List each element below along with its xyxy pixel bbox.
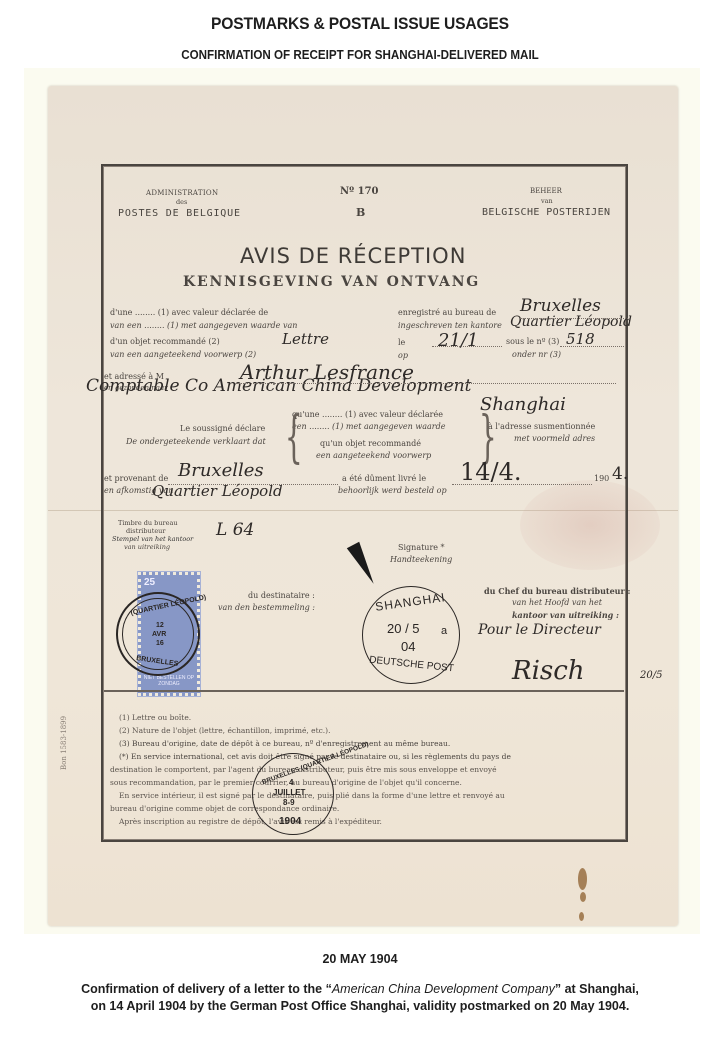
caption-company: American China Development Company [332, 982, 555, 996]
row3-fr-b: qu'un objet recommandé [320, 439, 421, 448]
admin-name-fr: POSTES DE BELGIQUE [118, 208, 241, 219]
chief-label-nl2: kantoor van uitreiking : [512, 610, 619, 620]
caption-line1-pre: Confirmation of delivery of a letter to … [81, 982, 332, 996]
row3-nl-a: een ........ (1) met aangegeven waarde [292, 422, 445, 431]
form-series: B [356, 206, 365, 219]
row1-fr-a: d'une ........ (1) avec valeur déclarée … [110, 308, 268, 317]
chief-date: 20/5 [640, 670, 662, 681]
admin-name-nl: BELGISCHE POSTERIJEN [482, 207, 610, 218]
beheer-van: van [541, 197, 553, 205]
caption-line2: on 14 April 1904 by the German Post Offi… [91, 999, 630, 1013]
bureau-value-1: Bruxelles [520, 296, 601, 316]
stamp-label-nl2: van uitreiking [124, 543, 170, 551]
dotted-line [432, 346, 502, 347]
title-fr: AVIS DE RÉCEPTION [240, 244, 466, 268]
postmark-top: SHANGHAI [374, 590, 446, 614]
arrival-year: 1904 [279, 816, 301, 827]
origin-value-1: Bruxelles [178, 460, 264, 481]
addressee-line2: Comptable Co American China Development [86, 376, 471, 396]
row3-nl-c: met voormeld adres [514, 434, 595, 443]
row3-nl-b: een aangeteekend voorwerp [316, 451, 431, 460]
form-number: Nº 170 [340, 186, 379, 197]
chief-label-nl1: van het Hoofd van het [512, 598, 602, 607]
chief-label-fr: du Chef du bureau distributeur : [484, 586, 630, 596]
divider [104, 690, 624, 692]
stamp-label-nl: Stempel van het kantoor [112, 535, 193, 543]
recipient-label-nl: van den bestemmeling : [218, 603, 315, 612]
postmark-letter: a [441, 625, 447, 637]
caption-line1-post: ” at Shanghai, [555, 982, 639, 996]
footnote-9: Après inscription au registre de dépôt, … [119, 817, 382, 826]
stamp-label-fr2: distributeur [126, 527, 165, 535]
dotted-line [236, 383, 616, 384]
signature-label-nl: Handteekening [390, 555, 452, 564]
page-title: POSTMARKS & POSTAL ISSUE USAGES [29, 14, 691, 34]
object-value: Lettre [282, 330, 329, 348]
row4-fr-b: a été dûment livré le [342, 474, 426, 483]
year-value: 4. [612, 464, 628, 484]
handwritten-code: L 64 [216, 520, 254, 540]
row1-fr-e: sous le nº (3) [506, 337, 559, 346]
row1-nl-e: onder nr (3) [512, 350, 561, 359]
caption-date: 20 MAY 1904 [0, 952, 720, 966]
beheer-label: BEHEER [530, 187, 562, 195]
cancel-date-3: 16 [156, 640, 164, 647]
row3-fr-label: Le soussigné déclare [180, 424, 265, 433]
chief-handwritten: Pour le Directeur [478, 622, 601, 638]
delivered-date: 14/4. [460, 458, 522, 486]
postmark-bottom: DEUTSCHE POST [369, 655, 455, 675]
form-reference: Bon 1583-1899 [60, 716, 68, 770]
arrival-date-1: 4 [289, 778, 293, 787]
year-prefix: 190 [594, 474, 609, 483]
caption: Confirmation of delivery of a letter to … [0, 981, 720, 1015]
cancel-date-2: AVR [152, 631, 166, 638]
ink-stain [580, 892, 586, 902]
page-subtitle: CONFIRMATION OF RECEIPT FOR SHANGHAI-DEL… [25, 48, 695, 62]
bureau-value-2: Quartier Léopold [510, 314, 632, 330]
dotted-line [168, 484, 338, 485]
brace: { [285, 410, 303, 466]
chief-signature: Risch [512, 656, 585, 686]
dotted-line [560, 346, 624, 347]
ink-stain [578, 868, 587, 890]
recipient-label-fr: du destinataire : [248, 591, 315, 600]
arrival-date-3: 8-9 [283, 798, 295, 807]
cancel-date-1: 12 [156, 622, 164, 629]
row1-fr-c: enregistré au bureau de [398, 308, 496, 317]
footnote-1: (1) Lettre ou boîte. [119, 713, 191, 722]
row1-nl-c: ingeschreven ten kantore [398, 321, 502, 330]
footnote-2: (2) Nature de l'objet (lettre, échantill… [119, 726, 331, 735]
row1-nl-d: op [398, 351, 408, 360]
postmark-date-2: 04 [401, 639, 415, 654]
row1-fr-b: d'un objet recommandé (2) [110, 337, 220, 346]
shanghai-postmark: SHANGHAI 20 / 5 a 04 DEUTSCHE POST [362, 586, 460, 684]
date-value: 21/1 [438, 330, 478, 351]
row1-nl-a: van een ........ (1) met aangegeven waar… [110, 321, 297, 330]
admin-des: des [176, 198, 187, 206]
brussels-arrival-postmark: BRUXELLES (QUARTIER LÉOPOLD) 4 JUILLET 8… [252, 753, 334, 835]
title-nl: KENNISGEVING VAN ONTVANG [183, 274, 480, 290]
stamp-label: NIET BESTELLEN OP ZONDAG [141, 675, 197, 687]
brussels-cancel-postmark: (QUARTIER LÉOPOLD) 12 AVR 16 BRUXELLES [116, 592, 200, 676]
row1-fr-d: le [398, 338, 405, 347]
admin-label: ADMINISTRATION [146, 189, 218, 197]
row3-nl-label: De ondergeteekende verklaart dat [126, 437, 266, 446]
stamp-label-fr: Timbre du bureau [118, 519, 178, 527]
row1-nl-b: van een aangeteekend voorwerp (2) [110, 350, 256, 359]
arrival-date-2: JUILLET [273, 788, 305, 797]
row3-fr-c: à l'adresse susmentionnée [488, 422, 595, 431]
signature-label-fr: Signature * [398, 543, 445, 552]
dotted-line [520, 318, 630, 319]
postmark-date-1: 20 / 5 [387, 621, 420, 636]
row4-nl-b: behoorlijk werd besteld op [338, 486, 447, 495]
dotted-line [452, 484, 592, 485]
row3-fr-a: qu'une ........ (1) avec valeur déclarée [292, 410, 443, 419]
ink-stain [579, 912, 584, 921]
stamp-denomination: 25 [144, 577, 155, 588]
footnote-3: (3) Bureau d'origine, date de dépôt à ce… [119, 739, 450, 748]
